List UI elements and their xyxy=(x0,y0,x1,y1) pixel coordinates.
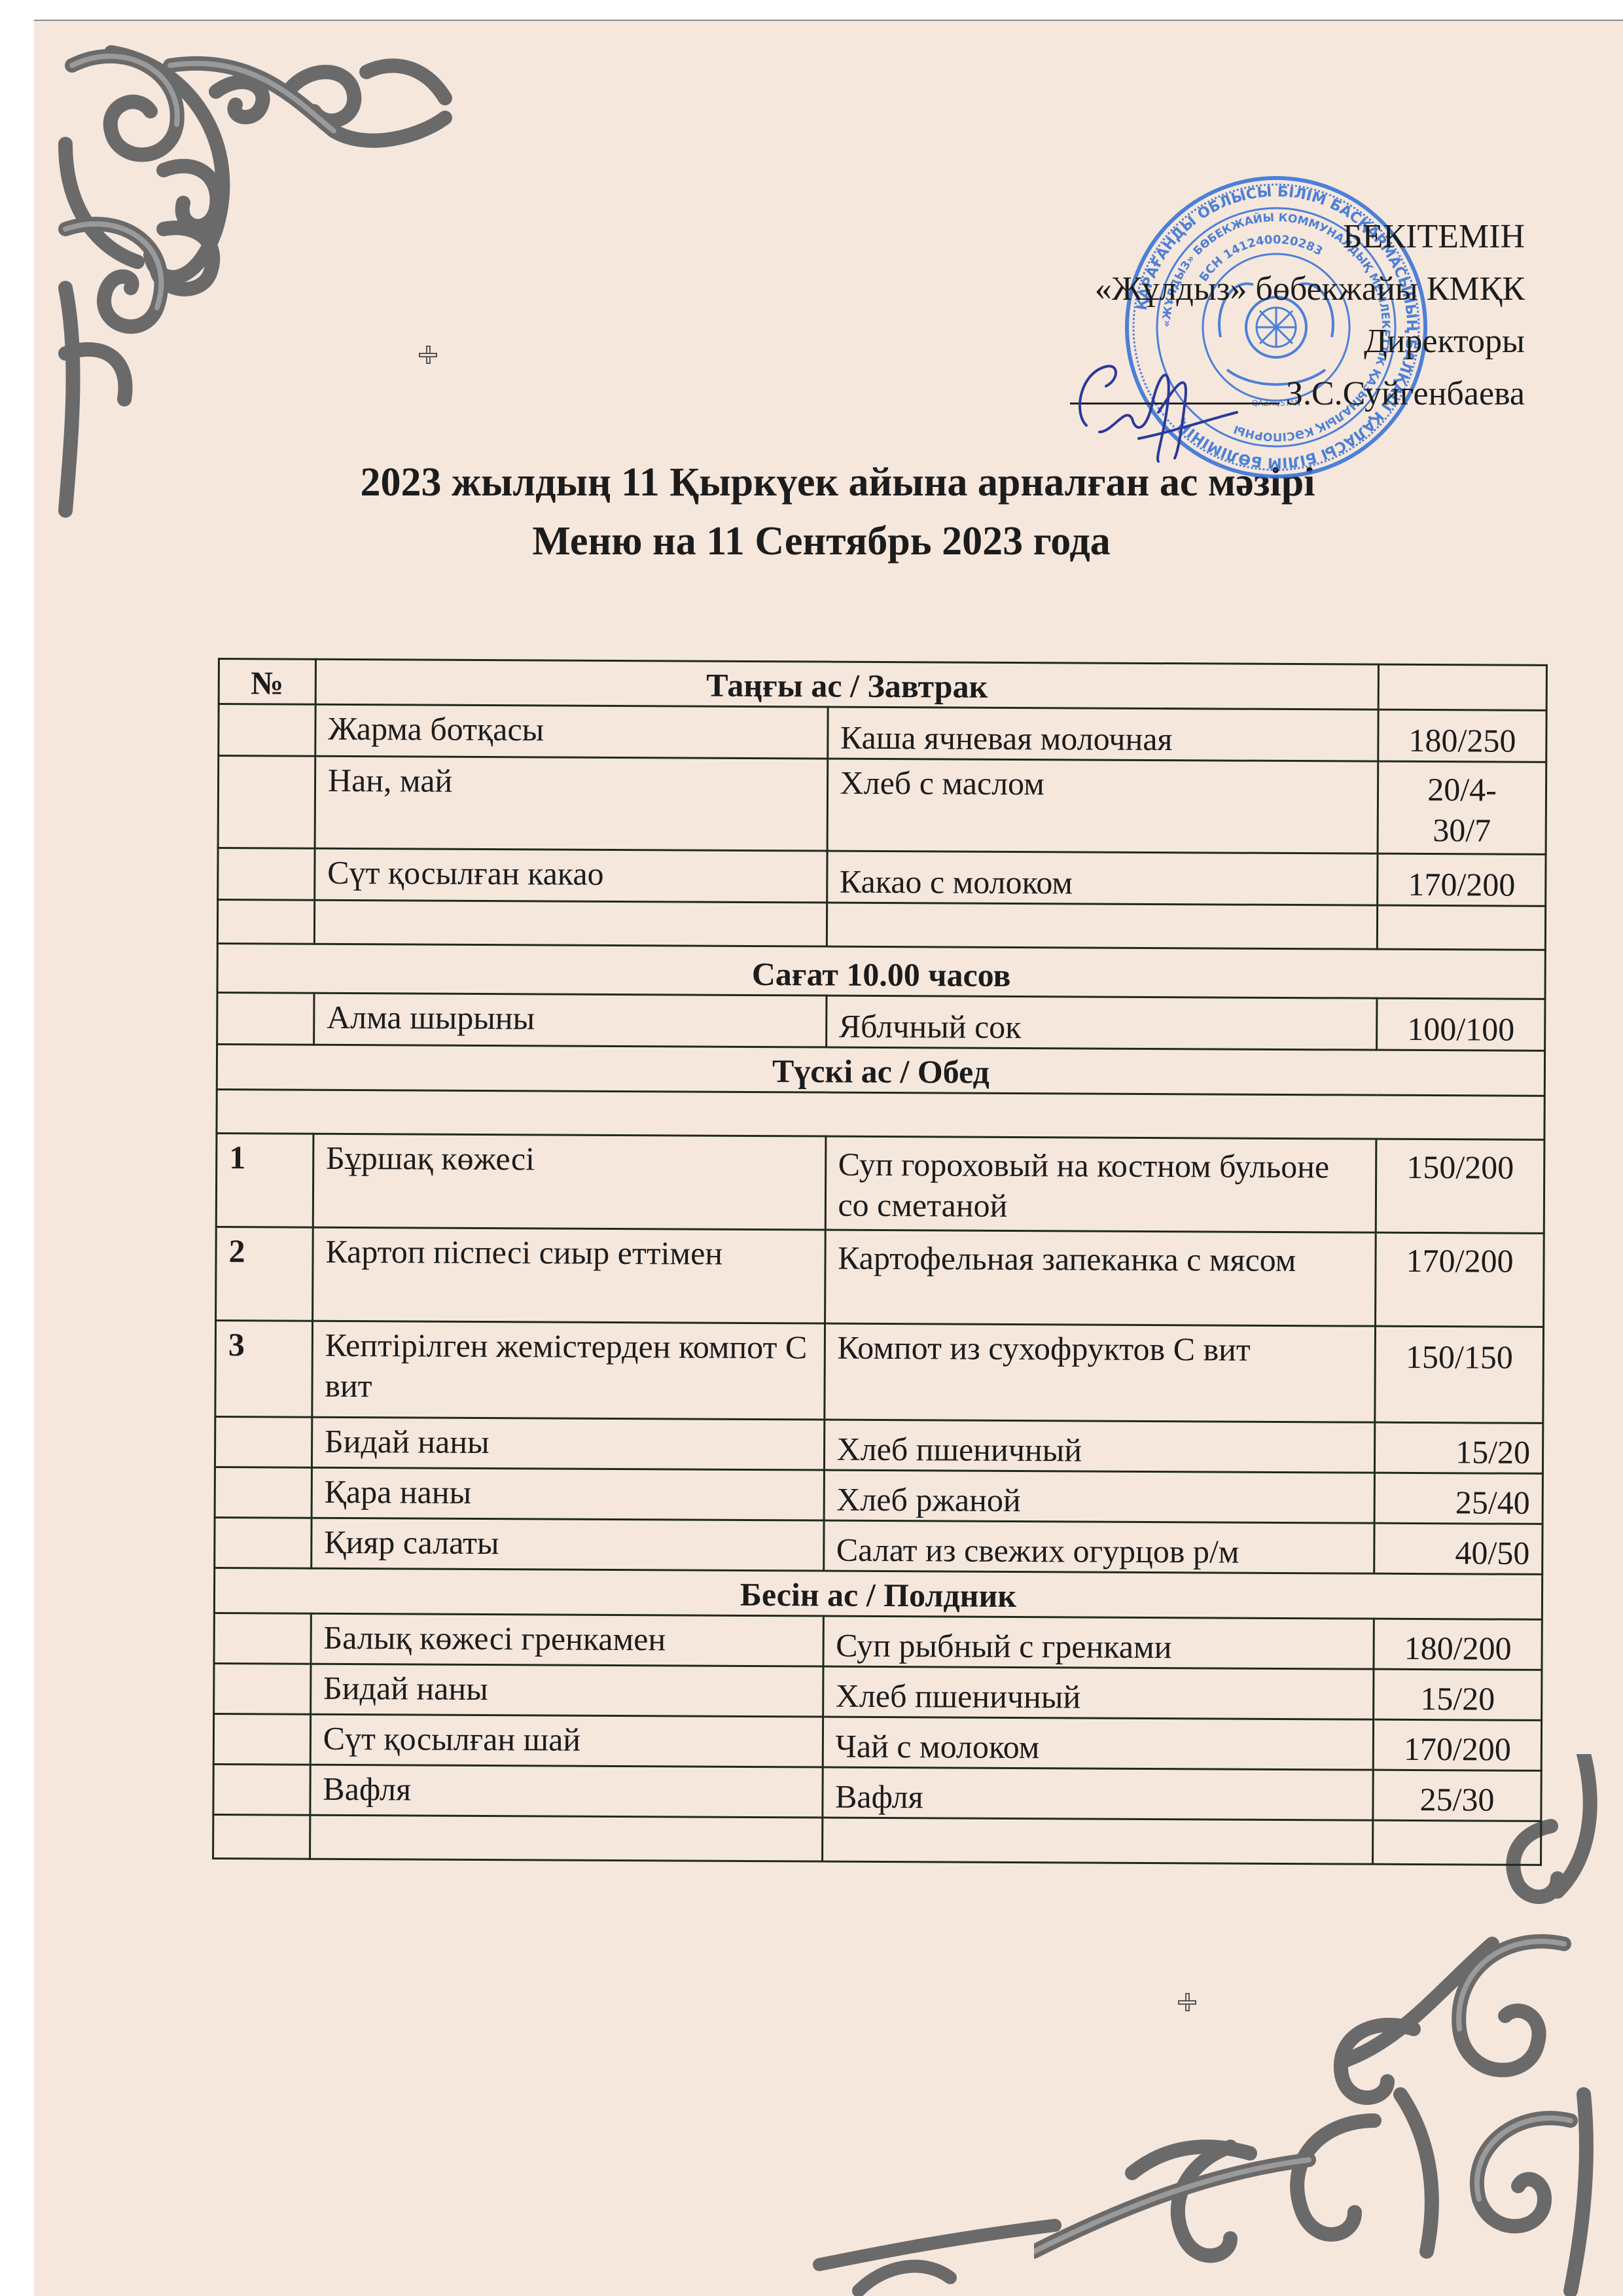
section-snack-row: Сағат 10.00 часов xyxy=(217,944,1545,999)
dish-ru: Суп гороховый на костном бульоне со смет… xyxy=(825,1136,1376,1232)
dish-ru: Хлеб пшеничный xyxy=(823,1666,1374,1719)
dish-ru: Салат из свежих огурцов р/м xyxy=(823,1520,1374,1573)
dish-kz: Бұршақ көжесі xyxy=(313,1134,825,1230)
dish-kz: Жарма ботқасы xyxy=(315,704,828,759)
section-breakfast-header: Таңғы ас / Завтрак xyxy=(315,659,1379,709)
dish-kz: Кептірілген жемістерден компот С вит xyxy=(312,1321,825,1420)
table-row: Нан, май Хлеб с маслом 20/4-30/7 xyxy=(218,756,1546,855)
table-row: Сүт қосылған шай Чай с молоком 170/200 xyxy=(213,1713,1541,1770)
section-afternoon-row: Бесін ас / Полдник xyxy=(214,1568,1542,1619)
dish-ru: Какао с молоком xyxy=(827,851,1378,905)
dish-kz: Сүт қосылған шай xyxy=(310,1714,823,1767)
dish-ru: Компот из сухофруктов С вит xyxy=(824,1323,1375,1422)
dish-ru: Хлеб ржаной xyxy=(824,1470,1375,1523)
dish-weight: 170/200 xyxy=(1376,1232,1544,1327)
approval-organization: «Жұлдыз» бөбекжайы КМҚК xyxy=(1070,263,1525,315)
dish-kz: Нан, май xyxy=(315,756,827,851)
dish-kz: Сүт қосылған какао xyxy=(315,848,827,903)
table-row: Алма шырыны Яблчный сок 100/100 xyxy=(217,993,1545,1051)
approval-title: БЕКІТЕМІН xyxy=(1070,211,1525,263)
table-row: Қара наны Хлеб ржаной 25/40 xyxy=(215,1467,1543,1524)
dish-kz: Бидай наны xyxy=(312,1417,824,1470)
table-row: 3 Кептірілген жемістерден компот С вит К… xyxy=(215,1320,1544,1423)
table-row: Вафля Вафля 25/30 xyxy=(213,1764,1541,1821)
table-row: Сүт қосылған какао Какао с молоком 170/2… xyxy=(218,848,1546,906)
crosshair-mark-top xyxy=(419,346,437,364)
dish-weight: 180/200 xyxy=(1374,1619,1542,1670)
title-russian: Меню на 11 Сентябрь 2023 года xyxy=(0,518,1623,565)
dish-ru: Чай с молоком xyxy=(823,1717,1374,1770)
dish-weight: 25/40 xyxy=(1374,1473,1543,1524)
section-snack-header: Сағат 10.00 часов xyxy=(217,944,1545,999)
dish-kz: Бидай наны xyxy=(310,1664,823,1717)
dish-ru: Суп рыбный с гренками xyxy=(823,1616,1374,1669)
dish-ru: Хлеб пшеничный xyxy=(824,1420,1375,1473)
table-row: Қияр салаты Салат из свежих огурцов р/м … xyxy=(215,1517,1543,1574)
dish-weight: 150/200 xyxy=(1376,1139,1544,1233)
table-row: 1 Бұршақ көжесі Суп гороховый на костном… xyxy=(216,1133,1544,1233)
num-header: № xyxy=(219,659,315,705)
table-row: 2 Картоп піспесі сиыр еттімен Картофельн… xyxy=(216,1227,1544,1327)
dish-kz: Қияр салаты xyxy=(312,1518,824,1571)
dish-ru: Картофельная запеканка с мясом xyxy=(825,1230,1376,1326)
menu-table: № Таңғы ас / Завтрак Жарма ботқасы Каша … xyxy=(212,658,1548,1866)
dish-kz: Қара наны xyxy=(312,1467,824,1520)
crosshair-mark-bottom xyxy=(1178,1993,1196,2011)
dish-kz: Алма шырыны xyxy=(313,993,826,1047)
section-lunch-header: Түскі ас / Обед xyxy=(217,1045,1544,1096)
dish-weight: 15/20 xyxy=(1375,1422,1543,1473)
dish-ru: Яблчный сок xyxy=(826,996,1377,1050)
dish-ru: Вафля xyxy=(822,1767,1373,1820)
table-row: Бидай наны Хлеб пшеничный 15/20 xyxy=(215,1416,1543,1473)
dish-weight: 25/30 xyxy=(1373,1770,1541,1821)
table-row: Балық көжесі гренкамен Суп рыбный с грен… xyxy=(214,1613,1542,1670)
table-row: Жарма ботқасы Каша ячневая молочная 180/… xyxy=(219,704,1546,762)
dish-kz: Балық көжесі гренкамен xyxy=(311,1613,823,1666)
dish-ru: Каша ячневая молочная xyxy=(827,707,1378,761)
section-afternoon-header: Бесін ас / Полдник xyxy=(214,1568,1542,1619)
dish-weight: 20/4-30/7 xyxy=(1378,761,1546,854)
table-row-empty xyxy=(213,1814,1541,1865)
section-lunch-row: Түскі ас / Обед xyxy=(217,1045,1544,1096)
dish-weight: 150/150 xyxy=(1375,1326,1544,1423)
dish-ru: Хлеб с маслом xyxy=(827,759,1378,853)
signature-icon xyxy=(1060,334,1257,465)
table-row-empty xyxy=(217,900,1545,950)
dish-weight: 40/50 xyxy=(1374,1523,1543,1574)
table-row-empty xyxy=(217,1089,1544,1139)
dish-kz: Картоп піспесі сиыр еттімен xyxy=(312,1227,825,1323)
table-row: Бидай наны Хлеб пшеничный 15/20 xyxy=(214,1663,1542,1720)
approval-name: З.С.Суйгенбаева xyxy=(1286,375,1525,412)
dish-weight: 15/20 xyxy=(1374,1669,1542,1720)
dish-weight: 170/200 xyxy=(1378,853,1546,906)
dish-weight: 100/100 xyxy=(1377,998,1545,1050)
table-header-row: № Таңғы ас / Завтрак xyxy=(219,659,1546,711)
dish-weight: 180/250 xyxy=(1378,709,1546,762)
dish-kz: Вафля xyxy=(310,1765,823,1818)
dish-weight: 170/200 xyxy=(1373,1719,1541,1770)
